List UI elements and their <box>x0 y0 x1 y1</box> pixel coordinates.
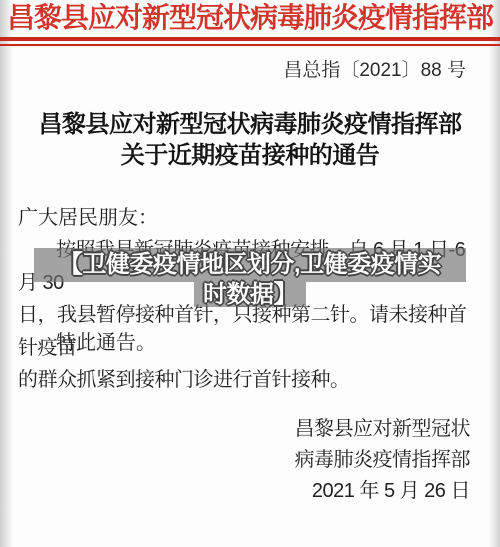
notice-title-line2: 关于近期疫苗接种的通告 <box>0 140 500 171</box>
doc-number: 昌总指〔2021〕88 号 <box>283 58 466 84</box>
closing-line: 特此通告。 <box>18 330 482 356</box>
signature-line1: 昌黎县应对新型冠状 <box>295 414 471 445</box>
header-banner: 昌黎县应对新型冠状病毒肺炎疫情指挥部 <box>0 0 500 36</box>
signature-line2: 病毒肺炎疫情指挥部 <box>295 445 471 476</box>
header-rule-thin <box>0 44 500 46</box>
notice-title: 昌黎县应对新型冠状病毒肺炎疫情指挥部 关于近期疫苗接种的通告 <box>0 109 500 171</box>
greeting-line: 广大居民朋友： <box>18 205 158 231</box>
body-paragraph: 按照我县新冠肺炎疫苗接种安排，自 6 月 1 日-6 月 30 日，我县暂停接种… <box>18 234 482 397</box>
photo-edge-right <box>489 0 500 547</box>
notice-title-line1: 昌黎县应对新型冠状病毒肺炎疫情指挥部 <box>0 109 500 140</box>
body-paragraph-line1: 按照我县新冠肺炎疫苗接种安排，自 6 月 1 日-6 月 30 <box>18 234 482 299</box>
signature-date: 2021 年 5 月 26 日 <box>295 476 471 507</box>
signature-block: 昌黎县应对新型冠状 病毒肺炎疫情指挥部 2021 年 5 月 26 日 <box>295 414 471 507</box>
notice-document: 昌黎县应对新型冠状病毒肺炎疫情指挥部 昌总指〔2021〕88 号 昌黎县应对新型… <box>0 0 500 547</box>
photo-edge-left <box>0 0 13 547</box>
body-paragraph-line3: 的群众抓紧到接种门诊进行首针接种。 <box>18 364 482 397</box>
header-rule-thick <box>0 37 500 41</box>
